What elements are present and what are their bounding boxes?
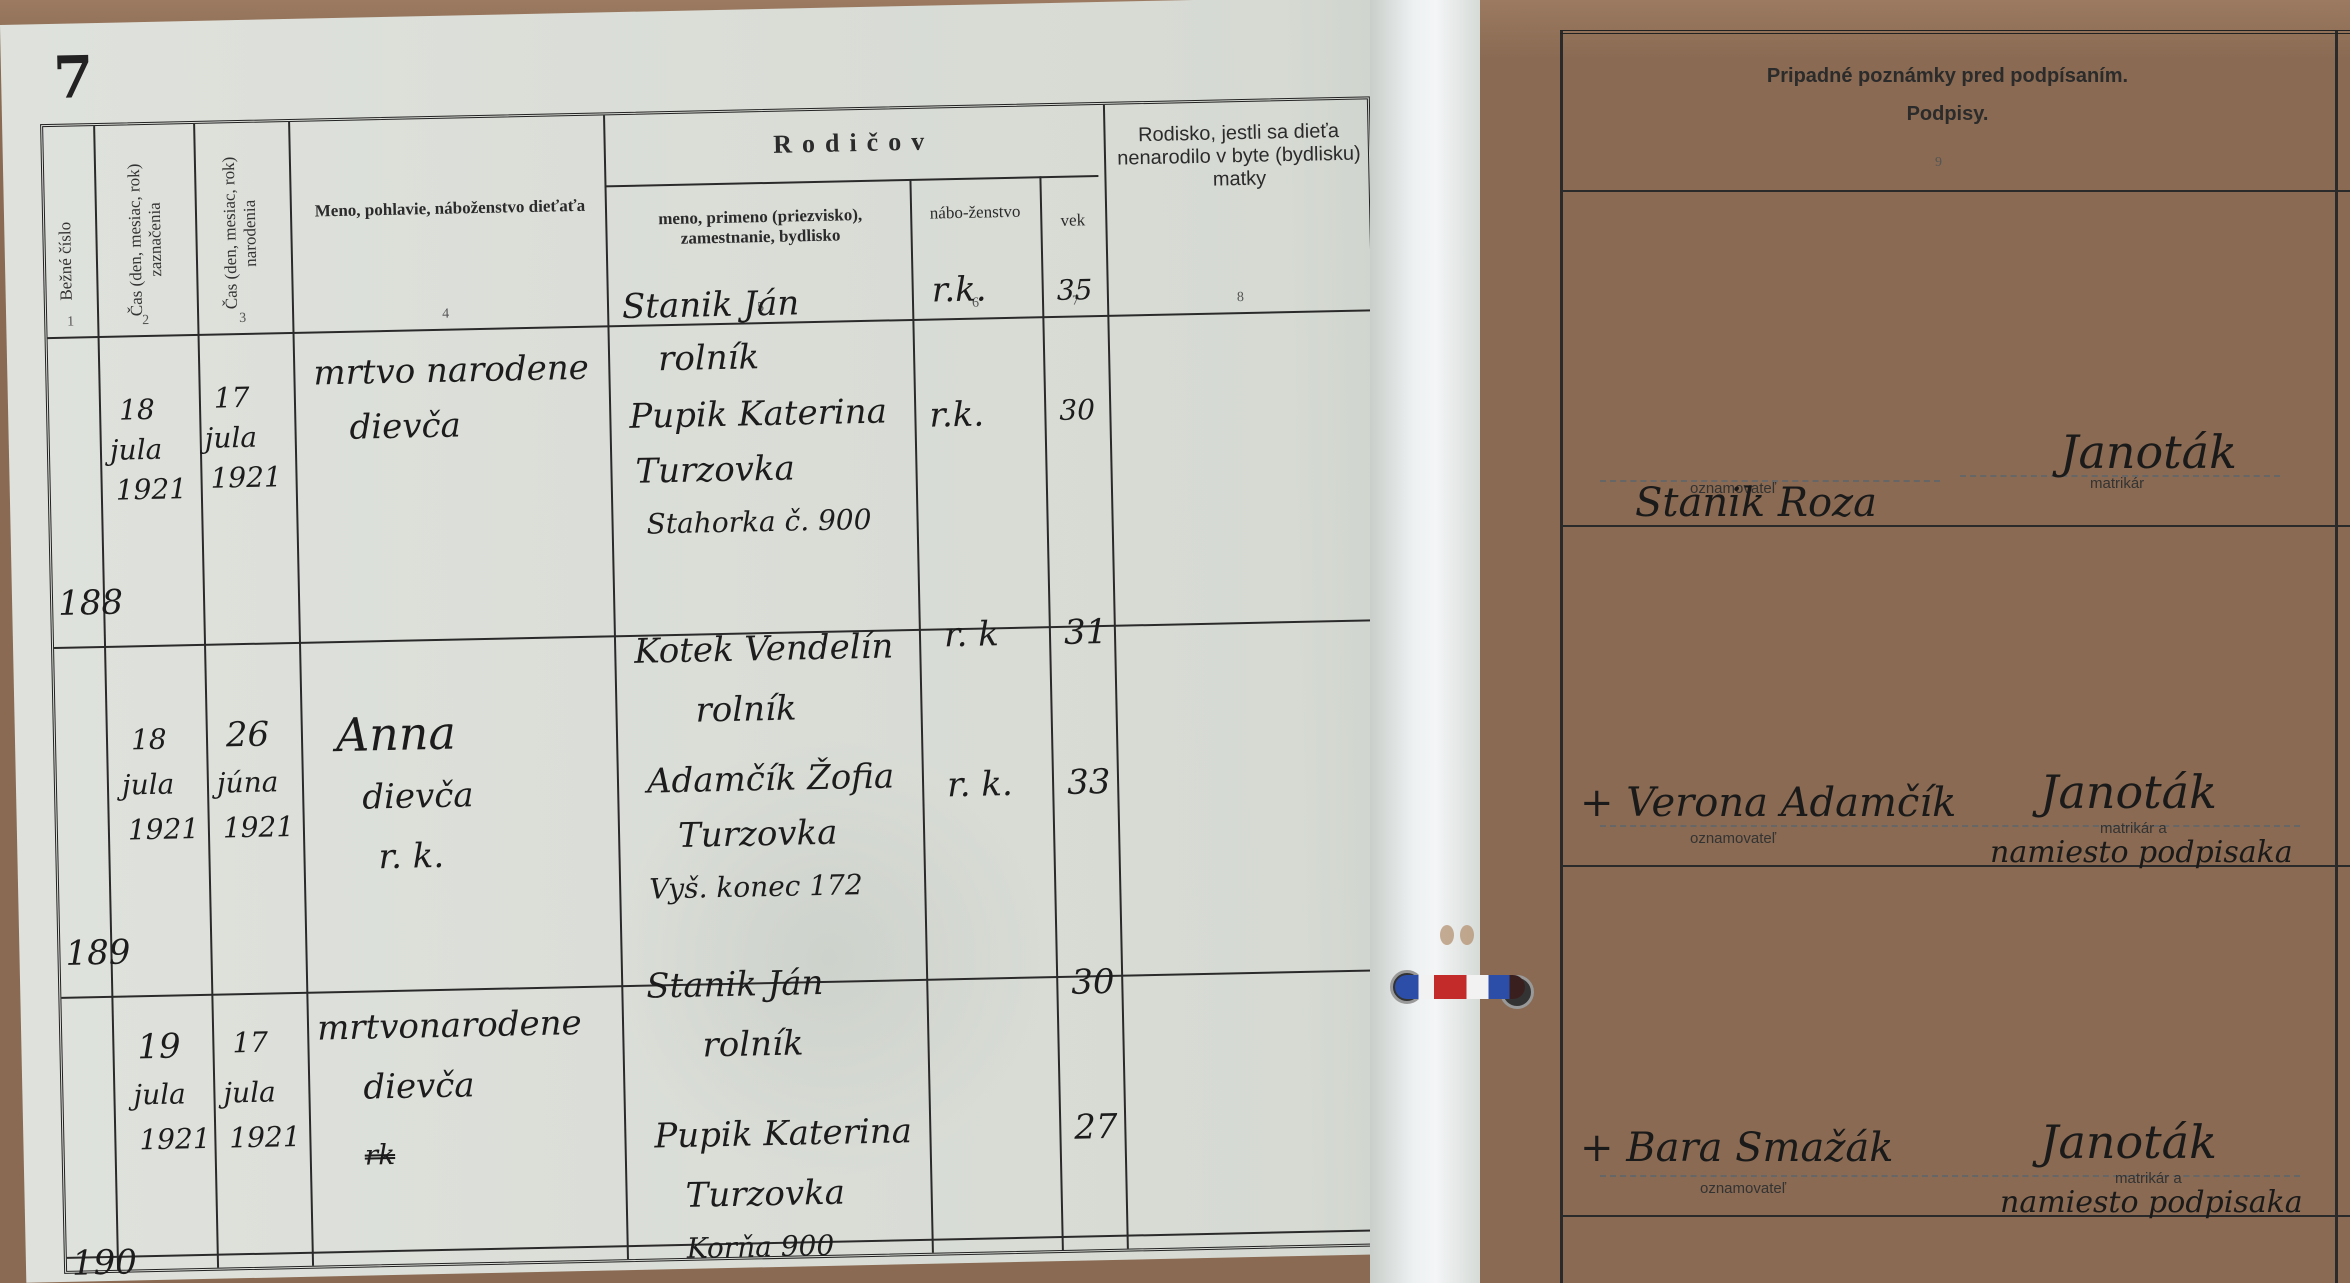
registrar-signature: Janoták xyxy=(2040,765,2217,819)
child-sex: dievča xyxy=(363,1068,475,1106)
mother-name: Adamčík Žofia xyxy=(647,759,895,800)
father-age: 31 xyxy=(1064,615,1108,652)
stain xyxy=(1460,925,1474,945)
informant-signature: + Bara Smažák xyxy=(1580,1125,1894,1171)
mother-religion: r.k. xyxy=(929,397,984,434)
child-sex: dievča xyxy=(349,408,461,446)
mother-address: Vyš. konec 172 xyxy=(649,870,863,904)
born-day: 26 xyxy=(226,718,270,755)
mother-address: Stahorka č. 900 xyxy=(646,505,871,539)
child-name: mrtvo narodene xyxy=(313,351,589,392)
recorded-year: 1921 xyxy=(128,814,200,845)
column-number: 1 xyxy=(67,315,74,331)
child-name: Anna xyxy=(335,709,456,760)
header-religion: nábo-ženstvo xyxy=(915,201,1035,224)
header-birth-date: Čas (den, mesiac, rok) narodenia xyxy=(219,142,283,323)
father-name: Kotek Vendelín xyxy=(634,629,894,670)
father-occupation: rolník xyxy=(658,340,760,378)
father-occupation: rolník xyxy=(695,691,797,729)
register-table: Bežné číslo Čas (den, mesiac, rok) zazna… xyxy=(40,96,1394,1274)
child-religion-struck: rk xyxy=(364,1140,395,1170)
registrar-signature: Janoták xyxy=(2060,425,2237,479)
father-occupation: rolník xyxy=(702,1026,804,1064)
born-month: jula xyxy=(223,1077,276,1107)
child-name: mrtvonarodene xyxy=(317,1006,582,1047)
mother-address: Korňa 900 xyxy=(686,1231,834,1263)
recorded-day: 18 xyxy=(119,395,155,425)
entry-number: 190 xyxy=(72,1245,138,1282)
registrar-note: namiesto podpisaka xyxy=(2000,1185,2303,1220)
remarks-header: Pripadné poznámky pred podpísaním. xyxy=(1560,65,2335,88)
informant-label: oznamovateľ xyxy=(1700,1180,1786,1197)
born-day: 17 xyxy=(232,1028,268,1058)
column-number: 2 xyxy=(142,313,149,329)
mother-religion: r. k. xyxy=(947,767,1013,804)
left-page: 7 Bežné číslo Čas (den, mesiac, rok) zaz… xyxy=(0,0,1446,1283)
recorded-day: 18 xyxy=(131,725,167,755)
recorded-day: 19 xyxy=(137,1029,181,1066)
recorded-month: jula xyxy=(122,770,175,800)
mother-name: Pupik Katerina xyxy=(654,1114,912,1155)
father-age: 35 xyxy=(1056,275,1092,305)
father-name: Stanik Ján xyxy=(622,286,800,325)
header-birthplace: Rodisko, jestli sa dieťa nenarodilo v by… xyxy=(1113,119,1364,193)
registrar-signature: Janoták xyxy=(2040,1115,2217,1169)
page-number: 7 xyxy=(52,43,94,112)
column-number: 8 xyxy=(1237,290,1244,306)
recorded-month: jula xyxy=(110,435,163,465)
recorded-year: 1921 xyxy=(139,1124,211,1155)
entry-number: 188 xyxy=(58,586,124,623)
mother-age: 33 xyxy=(1067,765,1111,802)
born-year: 1921 xyxy=(210,462,282,493)
header-registration-date: Čas (den, mesiac, rok) zaznačenia xyxy=(124,154,188,325)
header-parent-name: meno, primeno (priezvisko), zamestnanie,… xyxy=(615,204,906,250)
child-religion: r. k. xyxy=(378,839,444,876)
signatures-header: Podpisy. xyxy=(1560,103,2335,126)
father-religion: r. k xyxy=(944,617,999,654)
right-page: Pripadné poznámky pred podpísaním. Podpi… xyxy=(1480,0,2350,1283)
signatures-table: Pripadné poznámky pred podpísaním. Podpi… xyxy=(1560,25,2350,1283)
stain xyxy=(1440,925,1454,945)
header-age: vek xyxy=(1040,210,1105,231)
header-serial-number: Bežné číslo xyxy=(55,196,78,326)
recorded-year: 1921 xyxy=(115,474,187,505)
informant-label: oznamovateľ xyxy=(1690,830,1776,847)
header-child-name: Meno, pohlavie, náboženstvo dieťaťa xyxy=(305,196,595,222)
recorded-month: jula xyxy=(133,1079,186,1109)
registrar-note: namiesto podpisaka xyxy=(1990,835,2293,870)
mother-town: Turzovka xyxy=(685,1176,845,1215)
mother-town: Turzovka xyxy=(635,451,795,490)
header-parents-group: Rodičov xyxy=(603,123,1104,163)
mother-age: 27 xyxy=(1074,1110,1118,1147)
entry-number: 189 xyxy=(65,935,131,972)
born-year: 1921 xyxy=(223,812,295,843)
born-month: júna xyxy=(217,767,279,798)
born-month: jula xyxy=(204,423,257,453)
mother-age: 30 xyxy=(1059,395,1095,425)
column-number: 9 xyxy=(1935,155,1942,171)
informant-signature: Stanik Roza xyxy=(1635,480,1877,526)
father-name: Stanik Ján xyxy=(646,966,824,1005)
father-age: 30 xyxy=(1071,965,1115,1002)
child-sex: dievča xyxy=(362,778,474,816)
column-number: 4 xyxy=(442,307,449,323)
informant-signature: + Verona Adamčík xyxy=(1580,780,1956,826)
born-year: 1921 xyxy=(229,1122,301,1153)
column-number: 3 xyxy=(239,311,246,327)
mother-town: Turzovka xyxy=(678,816,838,855)
father-religion: r.k. xyxy=(931,272,986,309)
mother-name: Pupik Katerina xyxy=(629,395,887,436)
book-gutter xyxy=(1370,0,1480,1283)
born-day: 17 xyxy=(214,383,250,413)
